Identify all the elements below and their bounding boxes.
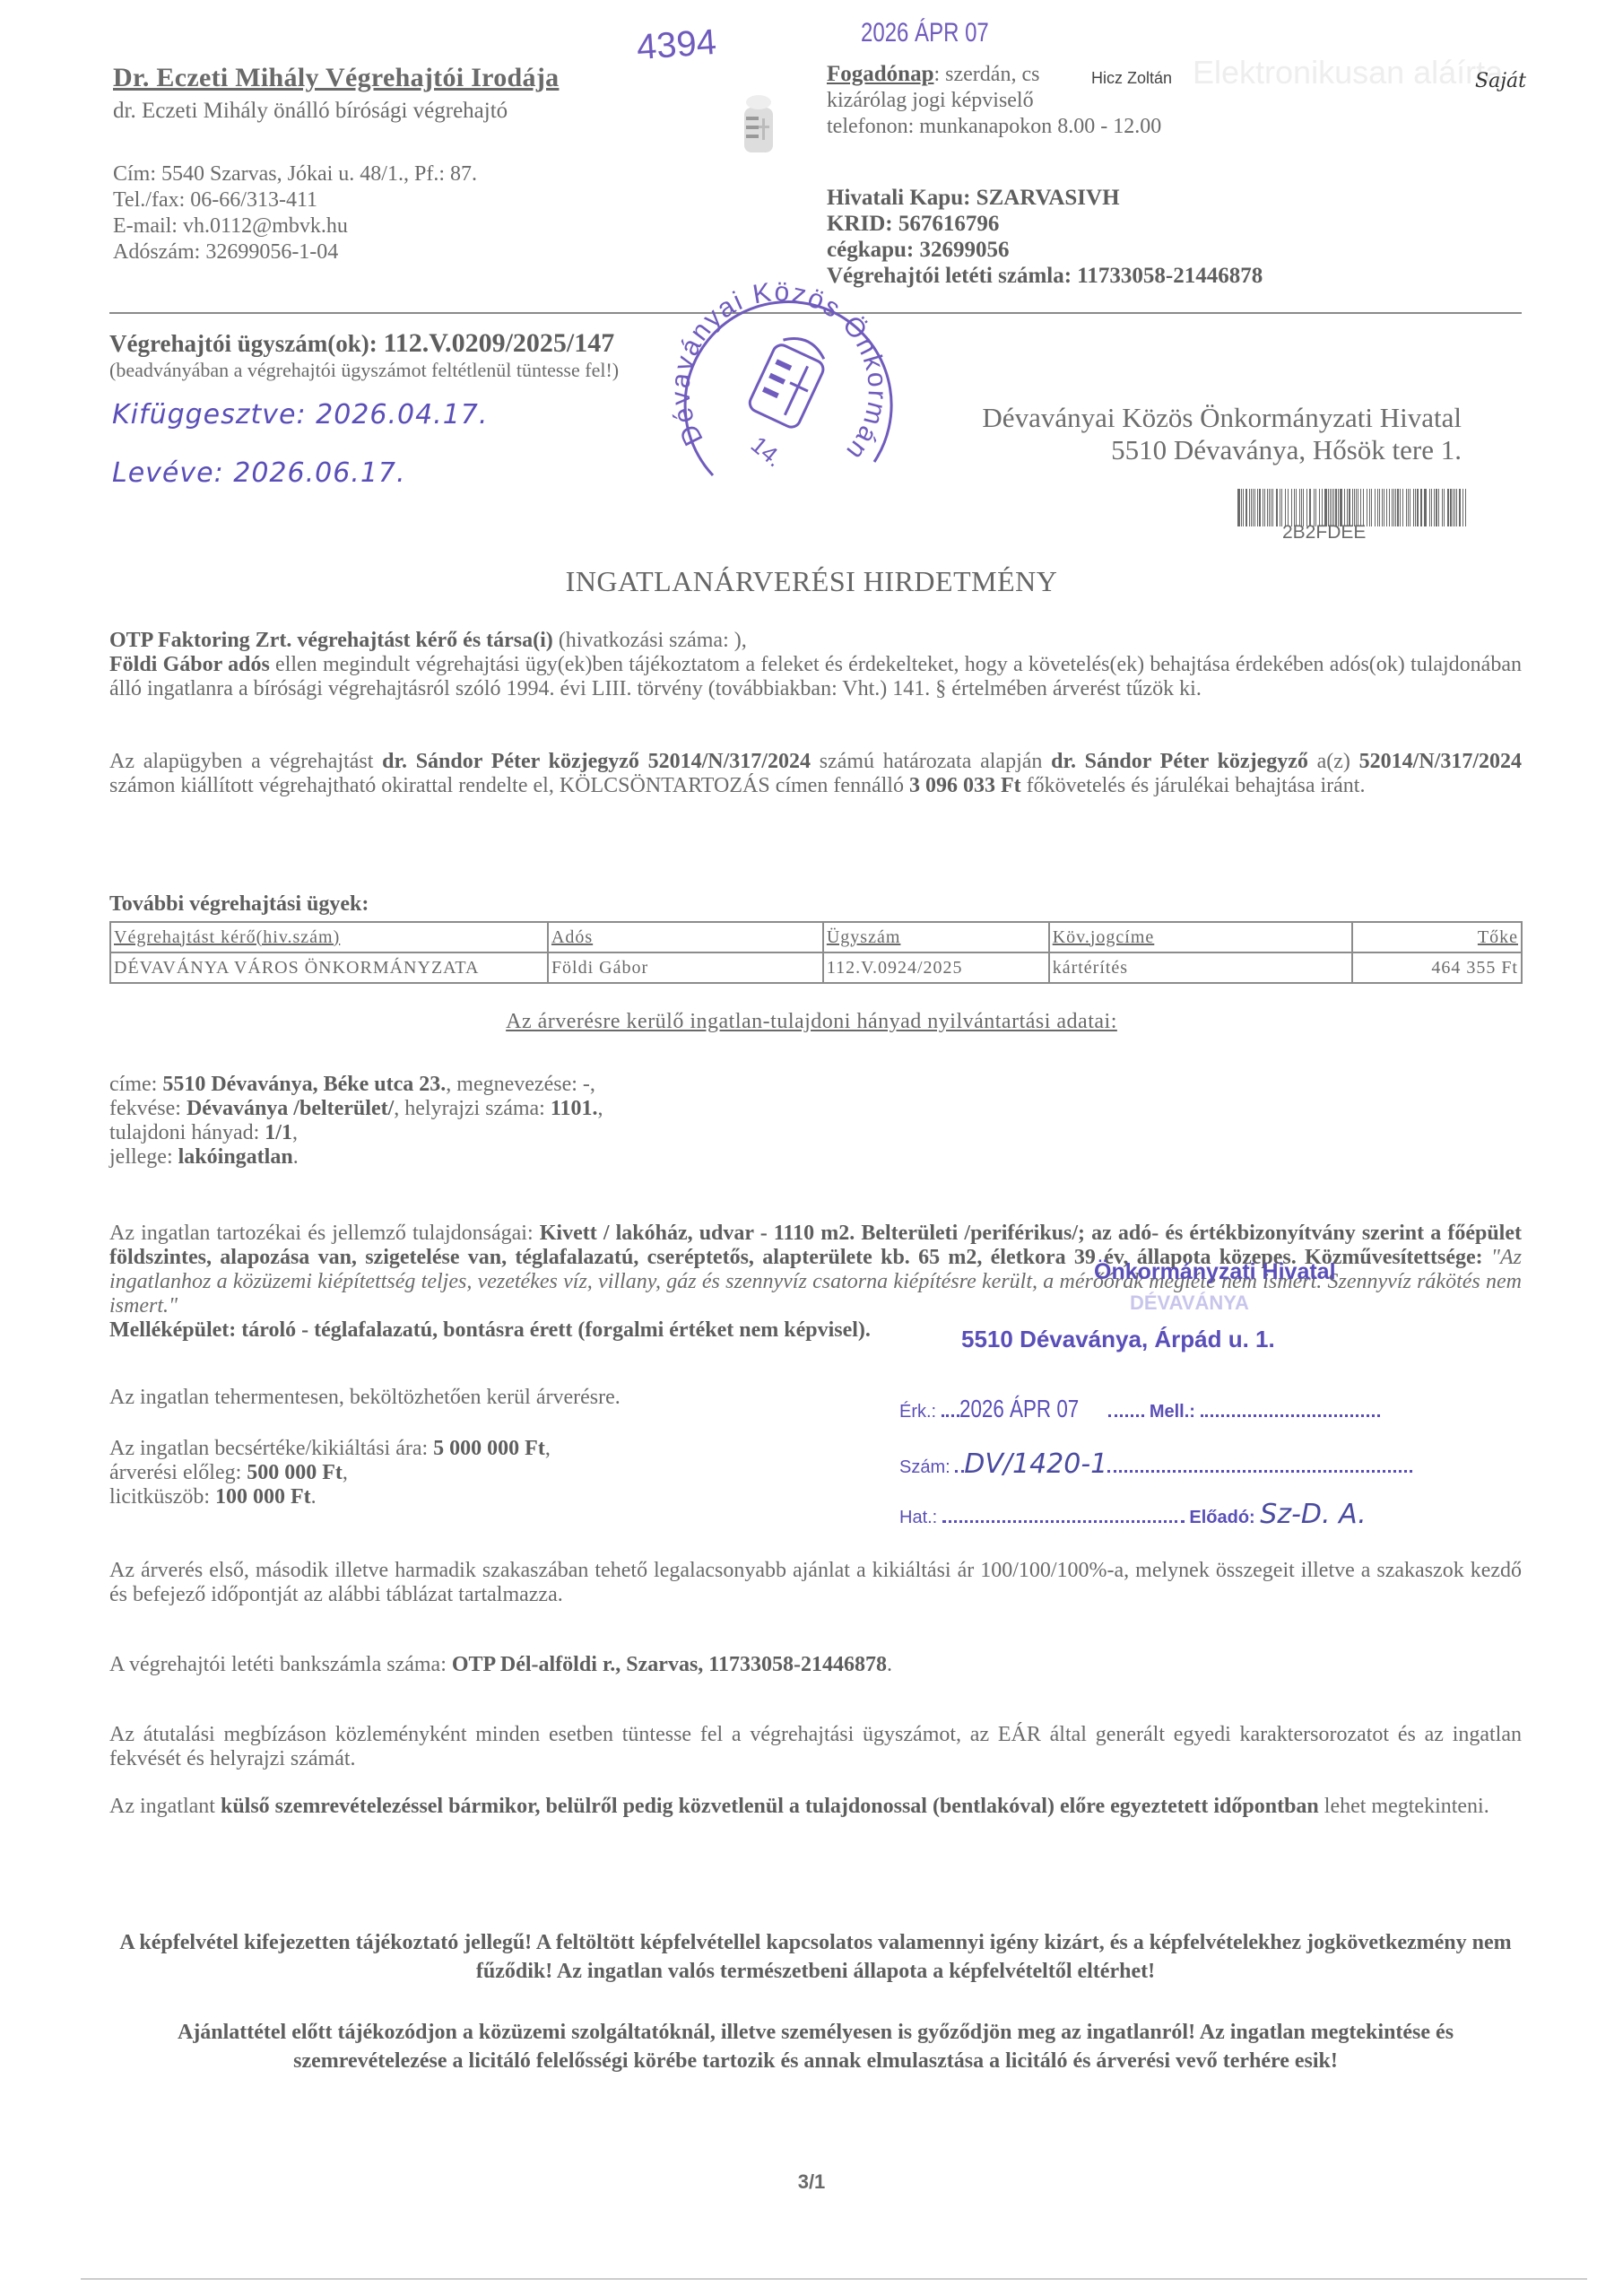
- krid: KRID: 567616796: [827, 211, 1263, 237]
- property-data: címe: 5510 Dévaványa, Béke utca 23., meg…: [109, 1073, 603, 1170]
- photo-disclaimer: A képfelvétel kifejezetten tájékoztató j…: [109, 1928, 1522, 1986]
- text: lehet megtekinteni.: [1319, 1795, 1489, 1818]
- text: a(z): [1308, 750, 1359, 773]
- more-cases-label: További végrehajtási ügyek:: [109, 892, 369, 917]
- handwritten-registration-number: 4394: [636, 22, 718, 68]
- reception-note: kizárólag jogi képviselő: [827, 88, 1167, 114]
- more-cases-table: Végrehajtást kérő(hiv.szám) Adós Ügyszám…: [109, 921, 1523, 984]
- registry-number: DV/1420-1: [964, 1448, 1107, 1480]
- reception-label: Fogadónap: [827, 62, 933, 86]
- cell-creditor: DÉVAVÁNYA VÁROS ÖNKORMÁNYZATA: [110, 952, 548, 983]
- cell-claim-title: kártérítés: [1049, 952, 1352, 983]
- hivatali-kapu: Hivatali Kapu: SZARVASIVH: [827, 185, 1263, 211]
- outbuilding: Melléképület: tároló - téglafalazatú, bo…: [109, 1318, 871, 1342]
- notary-name: dr. Sándor Péter közjegyző: [1051, 750, 1308, 773]
- column-header-case-number: Ügyszám: [823, 922, 1049, 952]
- creditor: OTP Faktoring Zrt. végrehajtást kérő és …: [109, 629, 553, 652]
- page-number: 3/1: [0, 2170, 1623, 2194]
- round-stamp-number: 14.: [746, 430, 788, 472]
- cell-case-number: 112.V.0924/2025: [823, 952, 1049, 983]
- debtor: Földi Gábor adós: [109, 653, 270, 676]
- cell-principal: 464 355 Ft: [1352, 952, 1522, 983]
- viewing-paragraph: Az ingatlant külső szemrevételezéssel bá…: [109, 1795, 1522, 1819]
- contact-email: E-mail: vh.0112@mbvk.hu: [113, 213, 477, 239]
- office-stamp-line2: DÉVAVÁNYA: [1130, 1291, 1249, 1315]
- number-label: Szám:: [899, 1457, 950, 1477]
- recipient-address: Dévaványai Közös Önkormányzati Hivatal 5…: [924, 402, 1462, 466]
- pricing: Az ingatlan becsértéke/kikiáltási ára: 5…: [109, 1437, 551, 1509]
- document-title: INGATLANÁRVERÉSI HIRDETMÉNY: [0, 565, 1623, 598]
- deadline-label: Hat.:: [899, 1508, 937, 1527]
- label: , megnevezése: -,: [446, 1073, 595, 1096]
- text: Az ingatlant: [109, 1795, 221, 1818]
- auction-deposit: 500 000 Ft: [247, 1461, 343, 1484]
- received-label: Érk.:: [899, 1402, 936, 1422]
- table-header-row: Végrehajtást kérő(hiv.szám) Adós Ügyszám…: [110, 922, 1522, 952]
- encumbrance-free-note: Az ingatlan tehermentesen, beköltözhetőe…: [109, 1386, 621, 1410]
- attachment-label: Mell.:: [1150, 1402, 1195, 1422]
- bank-account: OTP Dél-alföldi r., Szarvas, 11733058-21…: [452, 1653, 887, 1676]
- handler-initials: Sz-D. A.: [1260, 1499, 1366, 1530]
- recipient-name: Dévaványai Közös Önkormányzati Hivatal: [924, 402, 1462, 434]
- case-number-note: (beadványában a végrehajtói ügyszámot fe…: [109, 359, 619, 382]
- handwritten-posted-date: Kifüggesztve: 2026.04.17.: [112, 399, 488, 430]
- text: főkövetelés és járulékai behajtása iránt…: [1021, 774, 1366, 797]
- text: A végrehajtói letéti bankszámla száma:: [109, 1653, 452, 1676]
- contact-phone: Tel./fax: 06-66/313-411: [113, 187, 477, 213]
- property-type: lakóingatlan: [178, 1145, 293, 1169]
- round-official-stamp: Dévaványai Közös Önkormányzati Hivatal 1…: [668, 269, 901, 502]
- table-row: DÉVAVÁNYA VÁROS ÖNKORMÁNYZATA Földi Gábo…: [110, 952, 1522, 983]
- starting-price: 5 000 000 Ft: [433, 1437, 545, 1460]
- label: címe:: [109, 1073, 162, 1096]
- property-heading: Az árverésre kerülő ingatlan-tulajdoni h…: [0, 1010, 1623, 1034]
- text: Az ingatlan tartozékai és jellemző tulaj…: [109, 1222, 540, 1245]
- barcode-icon: [1237, 489, 1467, 526]
- svg-text:Dévaványai Közös Önkormányzati: Dévaványai Közös Önkormányzati Hivatal: [668, 269, 892, 466]
- coat-of-arms-icon: [741, 81, 777, 161]
- handler-label: Előadó:: [1189, 1508, 1254, 1527]
- received-date-stamp: 2026 ÁPR 07: [861, 18, 989, 48]
- property-address: 5510 Dévaványa, Béke utca 23.: [162, 1073, 446, 1096]
- reception-phone-hours: telefonon: munkanapokon 8.00 - 12.00: [827, 114, 1167, 140]
- recipient-street: 5510 Dévaványa, Hősök tere 1.: [924, 434, 1462, 466]
- column-header-principal: Tőke: [1352, 922, 1522, 952]
- transfer-note-paragraph: Az átutalási megbízáson közleményként mi…: [109, 1723, 1522, 1771]
- intro-paragraph: OTP Faktoring Zrt. végrehajtást kérő és …: [109, 629, 1522, 701]
- viewing-terms: külső szemrevételezéssel bármikor, belül…: [221, 1795, 1319, 1818]
- label: licitküszöb:: [109, 1485, 215, 1509]
- footer-divider: [81, 2278, 1587, 2280]
- bid-increment: 100 000 Ft: [215, 1485, 311, 1509]
- esign-name: Hicz Zoltán: [1091, 69, 1172, 88]
- cell-debtor: Földi Gábor: [548, 952, 823, 983]
- label: , helyrajzi száma:: [394, 1097, 551, 1120]
- text: számon kiállított végrehajtható okiratta…: [109, 774, 909, 797]
- esign-watermark: Elektronikusan aláírta: [1193, 54, 1503, 91]
- case-number-label: Végrehajtói ügyszám(ok):: [109, 330, 383, 357]
- handwritten-removed-date: Levéve: 2026.06.17.: [112, 457, 406, 489]
- bank-account-paragraph: A végrehajtói letéti bankszámla száma: O…: [109, 1653, 1522, 1677]
- text: .: [887, 1653, 892, 1676]
- column-header-debtor: Adós: [548, 922, 823, 952]
- round-stamp-text: Dévaványai Közös Önkormányzati Hivatal: [668, 269, 892, 466]
- signature: Saját: [1475, 70, 1526, 92]
- intro-text: ellen megindult végrehajtási ügy(ek)ben …: [109, 653, 1522, 700]
- basis-paragraph: Az alapügyben a végrehajtást dr. Sándor …: [109, 750, 1522, 798]
- contact-address: Cím: 5540 Szarvas, Jókai u. 48/1., Pf.: …: [113, 161, 477, 187]
- case-number-value: 112.V.0209/2025/147: [383, 328, 614, 358]
- received-date: 2026 ÁPR 07: [959, 1395, 1079, 1423]
- label: Az ingatlan becsértéke/kikiáltási ára:: [109, 1437, 433, 1460]
- label: tulajdoni hányad:: [109, 1121, 265, 1144]
- text: Az alapügyben a végrehajtást: [109, 750, 382, 773]
- case-number: Végrehajtói ügyszám(ok): 112.V.0209/2025…: [109, 328, 614, 359]
- notary-document-number: 52014/N/317/2024: [1359, 750, 1522, 773]
- office-stamp-line1: Önkormányzati Hivatal: [1094, 1259, 1336, 1285]
- column-header-creditor: Végrehajtást kérő(hiv.szám): [110, 922, 548, 952]
- creditor-reference: (hivatkozási száma: ),: [553, 629, 747, 652]
- property-share: 1/1: [265, 1121, 292, 1144]
- office-contact: Cím: 5540 Szarvas, Jókai u. 48/1., Pf.: …: [113, 161, 477, 265]
- label: árverési előleg:: [109, 1461, 247, 1484]
- column-header-claim-title: Köv.jogcíme: [1049, 922, 1352, 952]
- text: számú határozata alapján: [811, 750, 1051, 773]
- property-lot-number: 1101.: [551, 1097, 598, 1120]
- bidder-responsibility-notice: Ajánlattétel előtt tájékozódjon a közüze…: [109, 2018, 1522, 2075]
- contact-tax-number: Adószám: 32699056-1-04: [113, 239, 477, 265]
- cegkapu: cégkapu: 32699056: [827, 237, 1263, 263]
- barcode-text: 2B2FDEE: [1282, 522, 1366, 544]
- bidding-stages-paragraph: Az árverés első, második illetve harmadi…: [109, 1559, 1522, 1607]
- office-name: Dr. Eczeti Mihály Végrehajtói Irodája: [113, 63, 559, 93]
- office-subtitle: dr. Eczeti Mihály önálló bírósági végreh…: [113, 99, 508, 124]
- label: jellege:: [109, 1145, 178, 1169]
- notary-decision: dr. Sándor Péter közjegyző 52014/N/317/2…: [382, 750, 811, 773]
- reception-days: : szerdán, cs: [933, 63, 1039, 86]
- office-stamp-line3: 5510 Dévaványa, Árpád u. 1.: [961, 1326, 1275, 1353]
- property-location: Dévaványa /belterület/: [187, 1097, 394, 1120]
- label: fekvése:: [109, 1097, 187, 1120]
- principal-amount: 3 096 033 Ft: [909, 774, 1021, 797]
